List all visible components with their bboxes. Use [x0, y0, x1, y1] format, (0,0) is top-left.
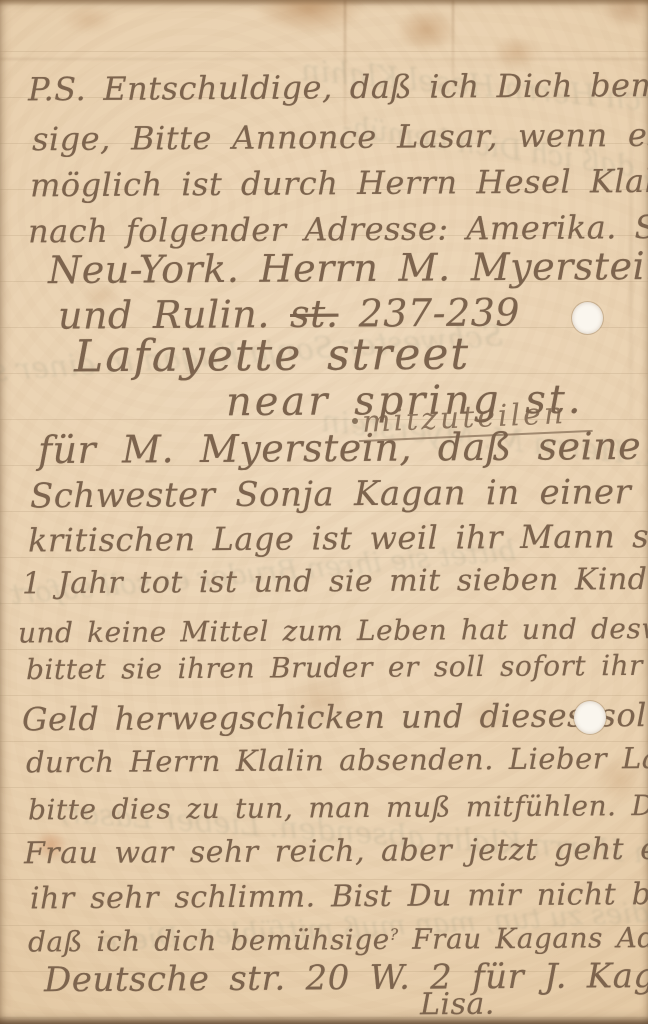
- letter-line: Frau war sehr reich, aber jetzt geht es: [24, 832, 648, 872]
- line-text: Frau war sehr reich, aber jetzt geht es: [24, 832, 648, 872]
- page-edge-shadow-bottom: [0, 1016, 648, 1024]
- letter-line: möglich ist durch Herrn Hesel Klahin: [30, 162, 648, 205]
- line-text: Deutsche str. 20 W. 2 für J. Kagan: [44, 956, 648, 1001]
- letter-line: durch Herrn Klalin absenden. Lieber Lasa…: [26, 741, 648, 780]
- letter-line: sige, Bitte Annonce Lasar, wenn es: [32, 116, 648, 158]
- line-text: möglich ist durch Herrn Hesel Klahin: [30, 162, 648, 205]
- line-text: und keine Mittel zum Leben hat und deswe…: [18, 611, 648, 649]
- line-text: Frau Kagans Adresse: [398, 921, 648, 956]
- line-text: ihr sehr schlimm. Bist Du mir nicht böse…: [30, 877, 648, 917]
- line-text: daß ich dich bemühsige: [28, 923, 390, 959]
- letter-line: P.S. Entschuldige, daß ich Dich bemüh-: [28, 66, 648, 109]
- line-text: durch Herrn Klalin absenden. Lieber Lasa…: [26, 741, 648, 780]
- line-text: kritischen Lage ist weil ihr Mann schon: [28, 517, 648, 560]
- line-text: Geld herwegschicken und dieses soll er: [22, 696, 648, 739]
- letter-line: Geld herwegschicken und dieses soll er: [22, 696, 648, 739]
- line-text: Neu-York. Herrn M. Myerstein: [48, 244, 648, 292]
- letter-line: Lafayette street: [74, 329, 470, 383]
- line-text: Lafayette street: [74, 329, 470, 383]
- line-text: Schwester Sonja Kagan in einer sehr: [30, 472, 648, 517]
- line-text: P.S. Entschuldige, daß ich Dich bemüh-: [28, 66, 648, 109]
- letter-line: bitte dies zu tun, man muß mitfühlen. Di…: [28, 789, 648, 827]
- letter-line: und keine Mittel zum Leben hat und deswe…: [18, 611, 648, 649]
- punch-hole-top: [572, 302, 603, 334]
- line-text: bittet sie ihren Bruder er soll sofort i…: [26, 649, 643, 686]
- letter-line: ihr sehr schlimm. Bist Du mir nicht böse…: [30, 877, 648, 917]
- line-text: bitte dies zu tun, man muß mitfühlen. Di…: [28, 789, 648, 827]
- letter-line: Deutsche str. 20 W. 2 für J. Kagan: [44, 956, 648, 1001]
- letter-line: Neu-York. Herrn M. Myerstein: [48, 244, 648, 292]
- letter-page: möglich ist durch Herrn Hesel KlahinP.S.…: [0, 0, 648, 1024]
- letter-line: 1 Jahr tot ist und sie mit sieben Kinder…: [22, 562, 648, 602]
- letter-line: daß ich dich bemühsige? Frau Kagans Adre…: [28, 921, 648, 959]
- line-text: sige, Bitte Annonce Lasar, wenn es: [32, 116, 648, 158]
- superscript-mark: ?: [390, 926, 399, 944]
- punch-hole-bottom: [574, 701, 606, 734]
- letter-body: P.S. Entschuldige, daß ich Dich bemüh-si…: [0, 0, 648, 1024]
- page-edge-shadow-top: [0, 0, 648, 6]
- letter-line: Schwester Sonja Kagan in einer sehr: [30, 472, 648, 517]
- line-text: 1 Jahr tot ist und sie mit sieben Kinder…: [22, 562, 648, 602]
- letter-line: bittet sie ihren Bruder er soll sofort i…: [26, 649, 643, 686]
- letter-line: kritischen Lage ist weil ihr Mann schon: [28, 517, 648, 560]
